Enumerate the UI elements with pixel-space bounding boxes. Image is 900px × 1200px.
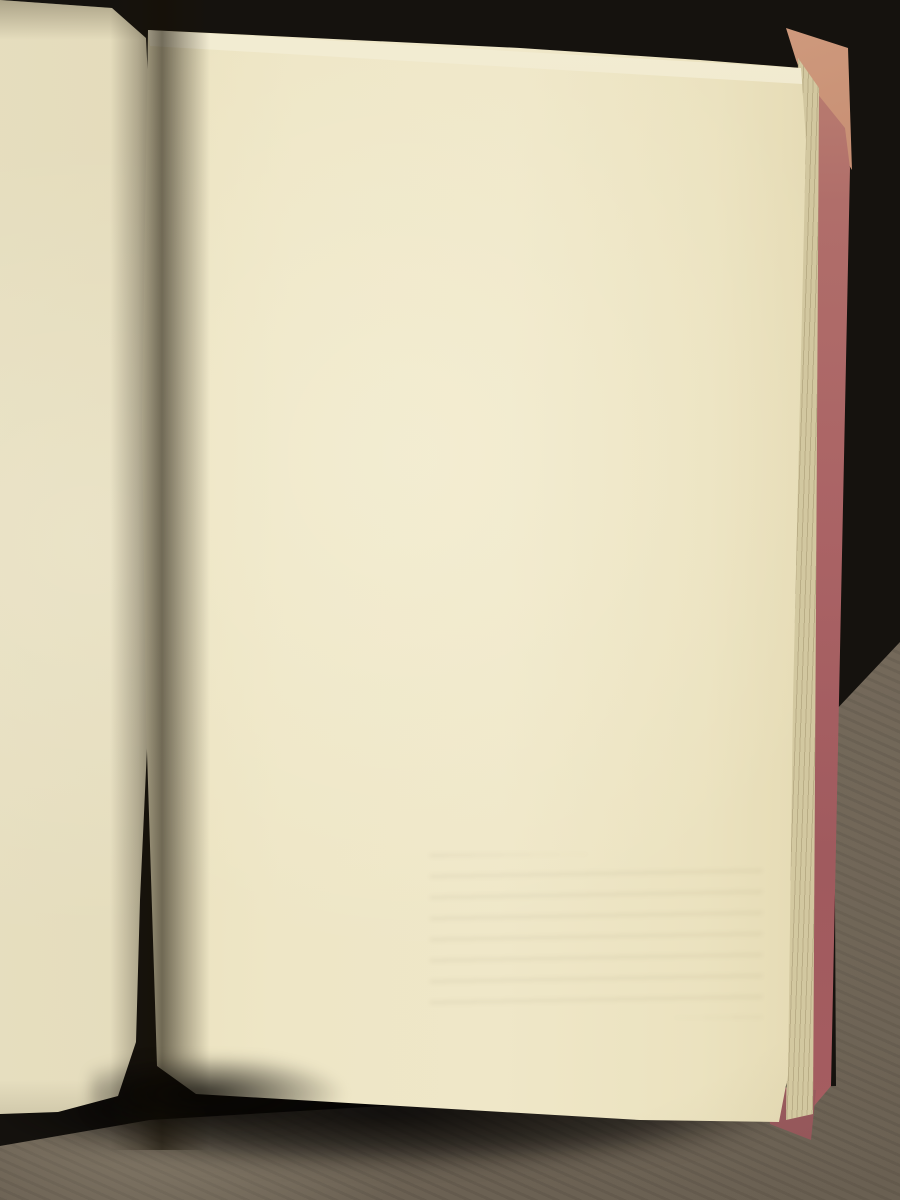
photo-open-book [0,0,900,1200]
gutter-shadow [110,0,210,1150]
gutter-bottom-shadow [90,1058,410,1148]
